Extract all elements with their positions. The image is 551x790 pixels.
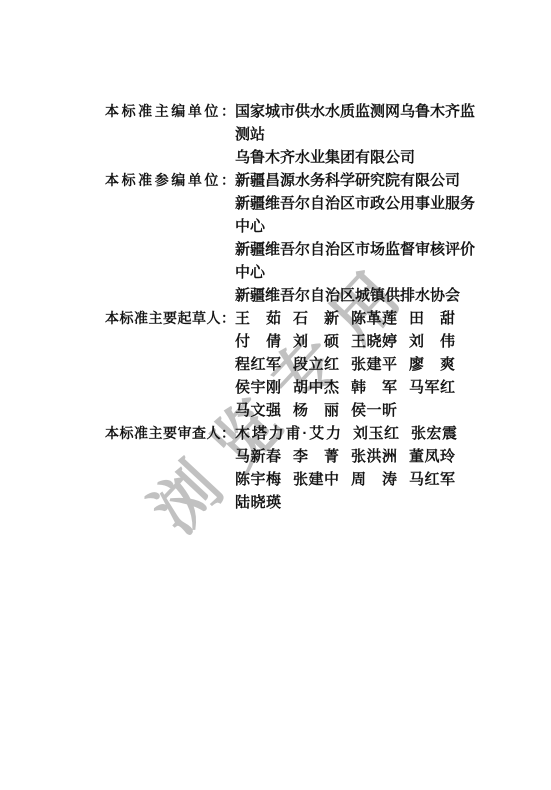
name-row: 陆晓瑛 — [235, 491, 478, 514]
section-drafters: 本标准主要起草人： 王茹石新陈革莲田甜 付倩刘硕王晓婷刘伟 程红军段立红张建平廖… — [105, 307, 478, 422]
name-row: 木塔力甫·艾力刘玉红张宏震 — [235, 422, 478, 445]
org-line: 新疆维吾尔自治区市政公用事业服务中心 — [235, 192, 478, 238]
co-editor-units-list: 新疆昌源水务科学研究院有限公司 新疆维吾尔自治区市政公用事业服务中心 新疆维吾尔… — [235, 169, 478, 307]
reviewer-name: 陆晓瑛 — [235, 491, 281, 514]
section-co-editor-units: 本标准参编单位： 新疆昌源水务科学研究院有限公司 新疆维吾尔自治区市政公用事业服… — [105, 169, 478, 307]
reviewer-name: 周涛 — [351, 468, 397, 491]
drafter-name: 廖爽 — [409, 353, 455, 376]
drafter-name: 侯宇刚 — [235, 376, 281, 399]
reviewer-name: 张建中 — [293, 468, 339, 491]
reviewer-name: 张洪洲 — [351, 445, 397, 468]
reviewer-name: 董凤玲 — [409, 445, 455, 468]
drafter-name: 段立红 — [293, 353, 339, 376]
name-row: 马新春李菁张洪洲董凤玲 — [235, 445, 478, 468]
drafter-name: 胡中杰 — [293, 376, 339, 399]
drafter-name: 石新 — [293, 307, 339, 330]
drafter-name: 王茹 — [235, 307, 281, 330]
drafters-name-grid: 王茹石新陈革莲田甜 付倩刘硕王晓婷刘伟 程红军段立红张建平廖爽 侯宇刚胡中杰韩军… — [235, 307, 478, 422]
drafter-name: 程红军 — [235, 353, 281, 376]
name-row: 侯宇刚胡中杰韩军马军红 — [235, 376, 478, 399]
drafter-name: 付倩 — [235, 330, 281, 353]
reviewer-name: 马红军 — [409, 468, 455, 491]
drafter-name: 马文强 — [235, 399, 281, 422]
name-row: 马文强杨丽侯一昕 — [235, 399, 478, 422]
drafter-name: 韩军 — [351, 376, 397, 399]
reviewer-name: 木塔力甫·艾力 — [235, 422, 341, 445]
drafter-name: 王晓婷 — [351, 330, 397, 353]
drafter-name: 杨丽 — [293, 399, 339, 422]
name-row: 程红军段立红张建平廖爽 — [235, 353, 478, 376]
name-row: 陈宇梅张建中周涛马红军 — [235, 468, 478, 491]
org-line: 乌鲁木齐水业集团有限公司 — [235, 146, 478, 169]
drafters-label: 本标准主要起草人： — [105, 307, 235, 330]
reviewer-name: 张宏震 — [411, 422, 457, 445]
org-line: 新疆维吾尔自治区市场监督审核评价中心 — [235, 238, 478, 284]
reviewer-name: 马新春 — [235, 445, 281, 468]
reviewer-name: 刘玉红 — [353, 422, 399, 445]
org-line: 国家城市供水水质监测网乌鲁木齐监测站 — [235, 100, 478, 146]
org-line: 新疆维吾尔自治区城镇供排水协会 — [235, 284, 478, 307]
chief-editor-units-list: 国家城市供水水质监测网乌鲁木齐监测站 乌鲁木齐水业集团有限公司 — [235, 100, 478, 169]
reviewer-name: 李菁 — [293, 445, 339, 468]
drafter-name: 田甜 — [409, 307, 455, 330]
drafter-name: 马军红 — [409, 376, 455, 399]
co-editor-units-label: 本标准参编单位： — [105, 169, 235, 192]
reviewers-name-grid: 木塔力甫·艾力刘玉红张宏震 马新春李菁张洪洲董凤玲 陈宇梅张建中周涛马红军 陆晓… — [235, 422, 478, 514]
section-reviewers: 本标准主要审查人： 木塔力甫·艾力刘玉红张宏震 马新春李菁张洪洲董凤玲 陈宇梅张… — [105, 422, 478, 514]
reviewers-label: 本标准主要审查人： — [105, 422, 235, 445]
name-row: 付倩刘硕王晓婷刘伟 — [235, 330, 478, 353]
reviewer-name: 陈宇梅 — [235, 468, 281, 491]
section-chief-editor-units: 本标准主编单位： 国家城市供水水质监测网乌鲁木齐监测站 乌鲁木齐水业集团有限公司 — [105, 100, 478, 169]
drafter-name: 侯一昕 — [351, 399, 397, 422]
drafter-name: 刘硕 — [293, 330, 339, 353]
drafter-name: 陈革莲 — [351, 307, 397, 330]
drafter-name: 张建平 — [351, 353, 397, 376]
document-page: 浏览专用 本标准主编单位： 国家城市供水水质监测网乌鲁木齐监测站 乌鲁木齐水业集… — [0, 0, 551, 790]
page-content: 本标准主编单位： 国家城市供水水质监测网乌鲁木齐监测站 乌鲁木齐水业集团有限公司… — [105, 100, 478, 514]
chief-editor-units-label: 本标准主编单位： — [105, 100, 235, 123]
drafter-name: 刘伟 — [409, 330, 455, 353]
name-row: 王茹石新陈革莲田甜 — [235, 307, 478, 330]
org-line: 新疆昌源水务科学研究院有限公司 — [235, 169, 478, 192]
